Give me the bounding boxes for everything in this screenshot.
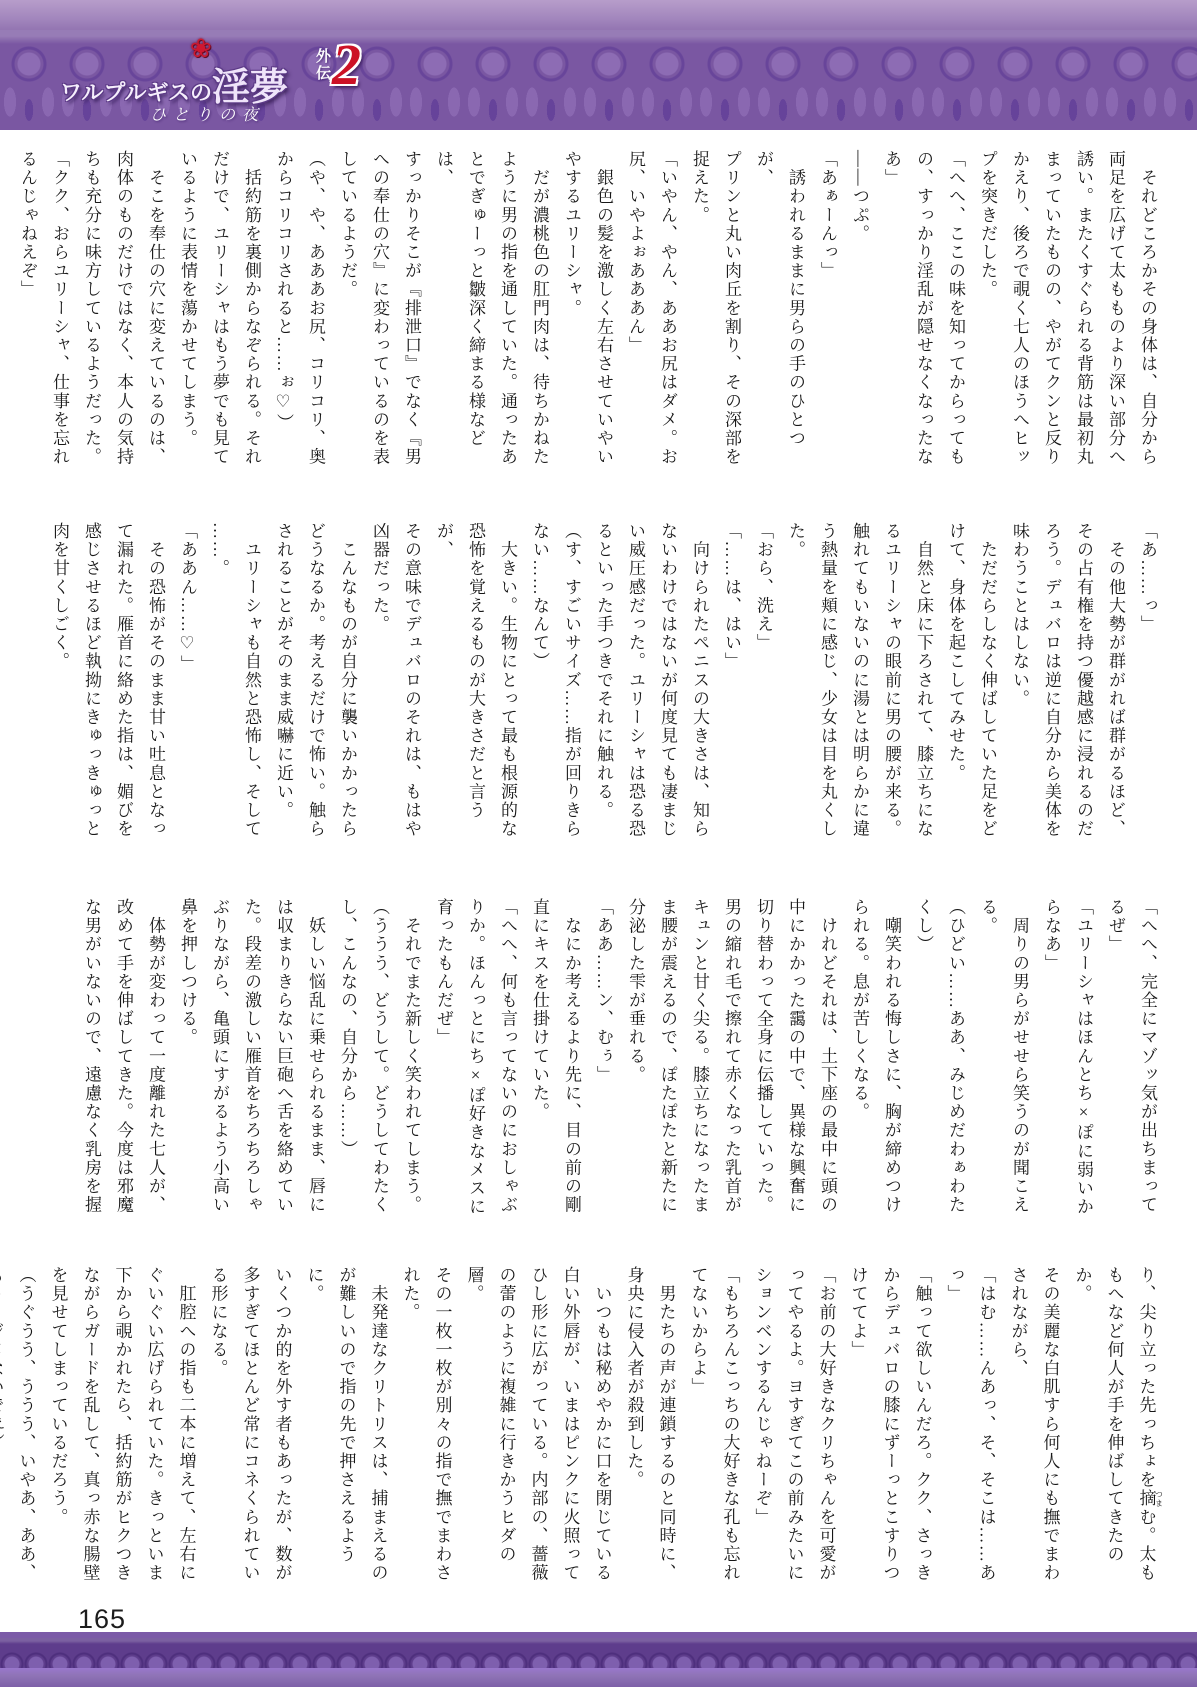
text-column: からコリコリされると……ぉ♡） bbox=[267, 150, 299, 472]
text-column: 鼻を押しつける。 bbox=[171, 898, 203, 1218]
text-column: （す、すごいサイズ……指が回りきら bbox=[555, 522, 587, 848]
text-column: ながらガードを乱して、真っ赤な腸壁 bbox=[74, 1266, 106, 1588]
text-column: ……。 bbox=[203, 522, 235, 848]
text-column: 「おら、洗え」 bbox=[747, 522, 779, 848]
text-column: 味わうことはしない。 bbox=[1003, 522, 1035, 848]
text-column: 銀色の髪を激しく左右させていやい bbox=[587, 150, 619, 472]
text-column: 「……は、はい」 bbox=[715, 522, 747, 848]
text-column: プを突きだした。 bbox=[971, 150, 1003, 472]
text-column: り、尖り立った先っちょを摘つまむ。太も bbox=[1130, 1266, 1164, 1588]
text-column: 「へへ、完全にマゾッ気が出ちまって bbox=[1131, 898, 1163, 1218]
text-column: どうなるか。考えるだけで怖い。触ら bbox=[299, 522, 331, 848]
text-column: かえり、後ろで覗く七人のほうへヒッ bbox=[1003, 150, 1035, 472]
text-column: キュンと甘く尖る。膝立ちになったま bbox=[683, 898, 715, 1218]
text-column: るぜ」 bbox=[1099, 898, 1131, 1218]
text-column: 肉体のものだけではなく、本人の気持 bbox=[107, 150, 139, 472]
text-column: だけで、ユリーシャはもう夢でも見て bbox=[203, 150, 235, 472]
text-column: 「あぁーんっ」 bbox=[811, 150, 843, 472]
text-column: た。 bbox=[779, 522, 811, 848]
text-column: 分泌した雫が垂れる。 bbox=[619, 898, 651, 1218]
series-edition-label: 外伝 bbox=[312, 48, 333, 82]
text-column: るといった手つきでそれに触れる。 bbox=[587, 522, 619, 848]
text-column: しているようだ。 bbox=[331, 150, 363, 472]
text-column: 妖しい悩乱に乗せられるまま、唇に bbox=[299, 898, 331, 1218]
text-column: への奉仕の穴』に変わっているのを表 bbox=[363, 150, 395, 472]
page-number: 165 bbox=[78, 1604, 126, 1635]
text-column: その一枚一枚が別々の指で撫でまわさ bbox=[426, 1266, 458, 1588]
text-column: その美麗な白肌すら何人にも撫でまわ bbox=[1034, 1266, 1066, 1588]
text-column: 「へへ、ここの味を知ってからっても bbox=[939, 150, 971, 472]
text-column: 未発達なクリトリスは、捕まえるの bbox=[362, 1266, 394, 1588]
text-column: ないわけではないが何度見ても凄まじ bbox=[651, 522, 683, 848]
text-band-3: 「へへ、完全にマゾッ気が出ちまってるぜ」「ユリーシャはほんとち×ぽに弱いからなあ… bbox=[75, 898, 1163, 1218]
text-column: ションベンするんじゃねーぞ」 bbox=[746, 1266, 778, 1588]
text-column: それどころかその身体は、自分から bbox=[1131, 150, 1163, 472]
text-column: その恐怖がそのまま甘い吐息となっ bbox=[139, 522, 171, 848]
text-column: （や、や、あああお尻、コリコリ、奥 bbox=[299, 150, 331, 472]
text-column: ってやるよ。ヨすぎてこの前みたいに bbox=[778, 1266, 810, 1588]
text-column: いつもは秘めやかに口を閉じている bbox=[586, 1266, 618, 1588]
text-column: だが濃桃色の肛門肉は、待ちかねた bbox=[523, 150, 555, 472]
text-column: されることがそのまま威嚇に近い。 bbox=[267, 522, 299, 848]
text-column: こんなものが自分に襲いかかったら bbox=[331, 522, 363, 848]
text-column: 自然と床に下ろされて、膝立ちにな bbox=[907, 522, 939, 848]
text-column: い威圧感だった。ユリーシャは恐る恐 bbox=[619, 522, 651, 848]
text-column: るんじゃねえぞ」 bbox=[11, 150, 43, 472]
series-logo: ❀ ワルプルギスの淫夢 外伝 2 ひとりの夜 bbox=[60, 34, 390, 134]
text-column: からデュバロの膝にずーっとこすりつ bbox=[874, 1266, 906, 1588]
text-column: （ううう、どうして。どうしてわたく bbox=[363, 898, 395, 1218]
text-column: 「ああん……♡」 bbox=[171, 522, 203, 848]
text-column: 「はむ……んあっ、そ、そこは……あ bbox=[970, 1266, 1002, 1588]
text-column: 「いやん、やん、ああお尻はダメ。お bbox=[651, 150, 683, 472]
text-column: る。 bbox=[971, 898, 1003, 1218]
text-column: ユリーシャも自然と恐怖し、そして bbox=[235, 522, 267, 848]
text-column: りか。ほんっとにち×ぽ好きなメスに bbox=[459, 898, 491, 1218]
text-column: 捉えた。 bbox=[683, 150, 715, 472]
text-column: （ひどい……ああ、みじめだわぁわた bbox=[939, 898, 971, 1218]
text-column: ま腰が震えるので、ぽたぽたと新たに bbox=[651, 898, 683, 1218]
text-column: あ」 bbox=[875, 150, 907, 472]
text-column: すっかりそこが『排泄口』でなく『男 bbox=[395, 150, 427, 472]
footer-border bbox=[0, 1632, 1197, 1687]
text-column: もへなど何人が手を伸ばしてきたのか。 bbox=[1066, 1266, 1130, 1588]
text-column: ひし形に広がっている。内部の、薔薇 bbox=[522, 1266, 554, 1588]
text-column: ――つぷ。 bbox=[843, 150, 875, 472]
text-column: 両足を広げて太もものより深い部分へ bbox=[1099, 150, 1131, 472]
text-column: いくつか的を外す者もあったが、数が bbox=[266, 1266, 298, 1588]
text-column: れた。 bbox=[394, 1266, 426, 1588]
text-column: を見せてしまっているだろう。 bbox=[42, 1266, 74, 1588]
text-column: てないからよ」 bbox=[682, 1266, 714, 1588]
text-column: 「ああ……ン、むぅ」 bbox=[587, 898, 619, 1218]
text-column: もうイジメないでぇ） bbox=[0, 1266, 10, 1588]
text-column: 括約筋を裏側からなぞられる。それ bbox=[235, 150, 267, 472]
text-column: けて、身体を起こしてみせた。 bbox=[939, 522, 971, 848]
header-top-strip bbox=[0, 0, 1197, 34]
text-column: 男たちの声が連鎖するのと同時に、 bbox=[650, 1266, 682, 1588]
text-column: 「触って欲しいんだろ。クク、さっき bbox=[906, 1266, 938, 1588]
text-column: 誘われるままに男らの手のひとつが、 bbox=[747, 150, 811, 472]
text-column: 「もちろんこっちの大好きな孔も忘れ bbox=[714, 1266, 746, 1588]
text-column: とでぎゅーっと皺深く締まる様などは、 bbox=[427, 150, 491, 472]
text-column: 尻、いやよぉあああん」 bbox=[619, 150, 651, 472]
text-column: る形になる。 bbox=[202, 1266, 234, 1588]
text-column: ただだらしなく伸ばしていた足をど bbox=[971, 522, 1003, 848]
text-column: 白い外唇が、いまはピンクに火照って bbox=[554, 1266, 586, 1588]
text-column: の蕾のように複雑に行きかうヒダの層。 bbox=[458, 1266, 522, 1588]
text-column: 直にキスを仕掛けていた。 bbox=[523, 898, 555, 1218]
text-column: 切り替わって全身に伝播していった。 bbox=[747, 898, 779, 1218]
text-column: ように男の指を通していた。通ったあ bbox=[491, 150, 523, 472]
text-column: その他大勢が群がれば群がるほど、 bbox=[1099, 522, 1131, 848]
text-column: 身央に侵入者が殺到した。 bbox=[618, 1266, 650, 1588]
text-band-1: それどころかその身体は、自分から両足を広げて太もものより深い部分へ誘い。またくす… bbox=[11, 150, 1163, 472]
text-column: ろう。デュバロは逆に自分から美体を bbox=[1035, 522, 1067, 848]
text-column: ぐいぐい広げられていた。きっといま bbox=[138, 1266, 170, 1588]
text-column: た。段差の激しい雁首をちろちろしゃ bbox=[235, 898, 267, 1218]
text-column: 周りの男らがせせら笑うのが聞こえ bbox=[1003, 898, 1035, 1218]
text-column: 触れてもいないのに湯とは明らかに違 bbox=[843, 522, 875, 848]
text-column: いるように表情を蕩かせてしまう。 bbox=[171, 150, 203, 472]
text-column: 「ユリーシャはほんとち×ぽに弱いか bbox=[1067, 898, 1099, 1218]
text-column: 男の縮れ毛で擦れて赤くなった乳首が bbox=[715, 898, 747, 1218]
footer-ornament-band bbox=[0, 1638, 1197, 1668]
series-subtitle: ひとりの夜 bbox=[150, 102, 265, 125]
text-column: らなあ」 bbox=[1035, 898, 1067, 1218]
text-column: 下から覗かれたら、括約筋がヒクつき bbox=[106, 1266, 138, 1588]
text-column: ない……なんて） bbox=[523, 522, 555, 848]
series-number: 2 bbox=[332, 36, 361, 94]
text-band-4: り、尖り立った先っちょを摘つまむ。太ももへなど何人が手を伸ばしてきたのか。その美… bbox=[0, 1266, 1163, 1588]
text-column: 恐怖を覚えるものが大きさだと言うが、 bbox=[427, 522, 491, 848]
text-column: くし） bbox=[907, 898, 939, 1218]
text-column: まっていたものの、やがてクンと反り bbox=[1035, 150, 1067, 472]
text-column: 「お前の大好きなクリちゃんを可愛が bbox=[810, 1266, 842, 1588]
text-column: は収まりきらない巨砲へ舌を絡めてい bbox=[267, 898, 299, 1218]
page-root: { "header": { "title_main": "ワルプルギスの", "… bbox=[0, 0, 1197, 1687]
text-column: されながら、 bbox=[1002, 1266, 1034, 1588]
text-column: な男がいないので、遠慮なく乳房を握 bbox=[75, 898, 107, 1218]
text-column: られる。息が苦しくなる。 bbox=[843, 898, 875, 1218]
text-column: が難しいので指の先で押さえるように。 bbox=[298, 1266, 362, 1588]
text-column: 誘い。またくすぐられる背筋は最初丸 bbox=[1067, 150, 1099, 472]
text-column: 中にかかった靄の中で、異様な興奮に bbox=[779, 898, 811, 1218]
text-column: ぶりながら、亀頭にすがるよう小高い bbox=[203, 898, 235, 1218]
text-column: 改めて手を伸ばしてきた。今度は邪魔 bbox=[107, 898, 139, 1218]
header-banner: ❀ ワルプルギスの淫夢 外伝 2 ひとりの夜 bbox=[0, 0, 1197, 148]
text-column: う熱量を頬に感じ、少女は目を丸くし bbox=[811, 522, 843, 848]
text-column: そこを奉仕の穴に変えているのは、 bbox=[139, 150, 171, 472]
text-column: て漏れた。雁首に絡めた指は、媚びを bbox=[107, 522, 139, 848]
text-column: けれどそれは、土下座の最中に頭の bbox=[811, 898, 843, 1218]
text-column: ちも充分に味方しているようだった。 bbox=[75, 150, 107, 472]
text-column: その占有権を持つ優越感に浸れるのだ bbox=[1067, 522, 1099, 848]
text-column: 凶器だった。 bbox=[363, 522, 395, 848]
text-column: 大きい。生物にとって最も根源的な bbox=[491, 522, 523, 848]
text-column: やするユリーシャ。 bbox=[555, 150, 587, 472]
text-column: 向けられたペニスの大きさは、知ら bbox=[683, 522, 715, 848]
text-column: なにか考えるより先に、目の前の剛 bbox=[555, 898, 587, 1218]
text-column: 肉を甘くしごく。 bbox=[43, 522, 75, 848]
text-column: 嘲笑われる悔しさに、胸が締めつけ bbox=[875, 898, 907, 1218]
text-column: 育ったもんだぜ」 bbox=[427, 898, 459, 1218]
footer-bottom-strip bbox=[0, 1668, 1197, 1687]
text-band-2: 「あ……っ」 その他大勢が群がれば群がるほど、その占有権を持つ優越感に浸れるのだ… bbox=[43, 522, 1163, 848]
text-column: 感じさせるほど執拗にきゅっきゅっと bbox=[75, 522, 107, 848]
text-column: その意味でデュバロのそれは、もはや bbox=[395, 522, 427, 848]
text-column: し、こんなの、自分から……） bbox=[331, 898, 363, 1218]
text-column: 「クク、おらユリーシャ、仕事を忘れ bbox=[43, 150, 75, 472]
text-column: るユリーシャの眼前に男の腰が来る。 bbox=[875, 522, 907, 848]
text-column: （うぐうう、ううう、いやあ、ああ、 bbox=[10, 1266, 42, 1588]
text-column: それでまた新しく笑われてしまう。 bbox=[395, 898, 427, 1218]
text-column: の、すっかり淫乱が隠せなくなったな bbox=[907, 150, 939, 472]
text-column: プリンと丸い肉丘を割り、その深部を bbox=[715, 150, 747, 472]
text-column: 多すぎてほとんど常にコネくられてい bbox=[234, 1266, 266, 1588]
text-column: けててよ」 bbox=[842, 1266, 874, 1588]
text-column: 肛腔への指も二本に増えて、左右に bbox=[170, 1266, 202, 1588]
text-column: 体勢が変わって一度離れた七人が、 bbox=[139, 898, 171, 1218]
text-column: っ」 bbox=[938, 1266, 970, 1588]
text-column: 「あ……っ」 bbox=[1131, 522, 1163, 848]
text-column: 「へへ、何も言ってないのにおしゃぶ bbox=[491, 898, 523, 1218]
